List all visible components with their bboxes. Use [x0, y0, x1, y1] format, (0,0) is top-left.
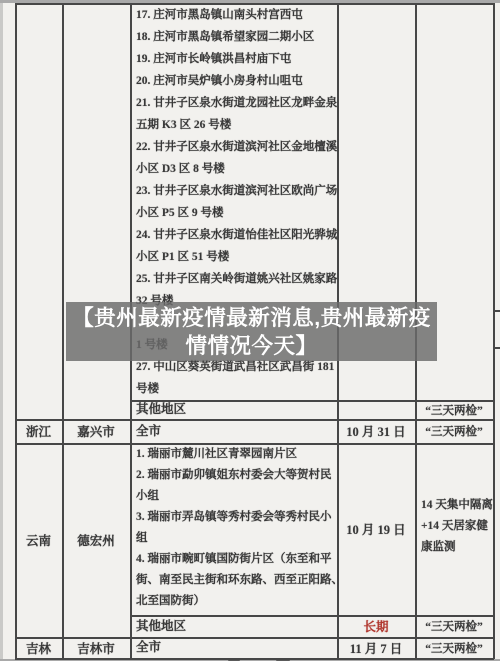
grid-line [15, 658, 494, 660]
province-cell: 云南 [15, 443, 62, 637]
date-cell: 10 月 19 日 [337, 443, 415, 615]
area-list-line: 北至国防街） [136, 591, 332, 612]
area-list-line: 五期 K3 区 26 号楼 [136, 114, 332, 136]
province-cell: 浙江 [15, 419, 62, 443]
measure-line: 14 天集中隔离 [421, 495, 493, 516]
measure-line: 康监测 [421, 537, 493, 558]
date-cell: 11 月 7 日 [337, 637, 415, 658]
area-list-line: 小组 [136, 486, 332, 507]
area-list-line: 号楼 [136, 378, 332, 400]
watermark-banner: 【贵州最新疫情最新消息,贵州最新疫 情情况今天】 [66, 302, 437, 361]
area-list-line: 20. 庄河市吴炉镇小房身村山咀屯 [136, 70, 332, 92]
area-list-line: 小区 D3 区 8 号楼 [136, 158, 332, 180]
area-list-line: 小区 P1 区 51 号楼 [136, 246, 332, 268]
watermark-text-line1: 【贵州最新疫情最新消息,贵州最新疫 [72, 304, 430, 332]
area-list-line: 22. 甘井子区泉水街道滨河社区金地檀溪 [136, 136, 332, 158]
area-list-line: 19. 庄河市长岭镇洪昌村庙下屯 [136, 48, 332, 70]
cutoff-cell-line [493, 347, 500, 349]
area-list-line: 4. 瑞丽市畹町镇国防街片区（东至和平 [136, 549, 332, 570]
measure-cell: “三天两检” [415, 615, 493, 637]
area-list-line: 21. 甘井子区泉水街道龙园社区龙畔金泉 [136, 92, 332, 114]
area-list-line: 23. 甘井子区泉水街道滨河社区欧尚广场 [136, 180, 332, 202]
area-list-line: 17. 庄河市黑岛镇山南头村宫西屯 [136, 4, 332, 26]
other-area-cell: 其他地区 [136, 400, 326, 419]
area-list-line: 25. 甘井子区南关岭街道姚兴社区姚家路 [136, 268, 332, 290]
document-photo: { "watermark": { "line1": "【贵州最新疫情最新消息,贵… [0, 0, 500, 661]
cutoff-cell-line [493, 310, 500, 312]
measure-cell: 14 天集中隔离 +14 天居家健 康监测 [421, 495, 493, 558]
measure-cell: “三天两检” [415, 400, 493, 419]
area-cell: 全市 [136, 419, 326, 443]
area-list-line: 24. 甘井子区泉水街道怡佳社区阳光骅城 [136, 224, 332, 246]
area-list-line: 1. 瑞丽市麓川社区青翠园南片区 [136, 444, 332, 465]
city-cell: 吉林市 [62, 637, 130, 658]
grid-line [493, 3, 495, 659]
watermark-text-line2: 情情况今天】 [185, 332, 317, 360]
area-list-line: 街、南至民主街和环东路、西至正阳路、 [136, 570, 332, 591]
area-list-line: 18. 庄河市黑岛镇希望家园二期小区 [136, 26, 332, 48]
province-cell: 吉林 [15, 637, 62, 658]
area-list-line: 组 [136, 528, 332, 549]
area-list: 1. 瑞丽市麓川社区青翠园南片区 2. 瑞丽市勐卯镇姐东村委会大等贺村民 小组 … [136, 444, 332, 612]
area-cell: 全市 [136, 637, 326, 658]
city-cell: 嘉兴市 [62, 419, 130, 443]
area-list-line: 小区 P5 区 9 号楼 [136, 202, 332, 224]
city-cell: 德宏州 [62, 443, 130, 637]
area-list-line: 2. 瑞丽市勐卯镇姐东村委会大等贺村民 [136, 465, 332, 486]
measure-cell: “三天两检” [415, 419, 493, 443]
measure-cell: “三天两检” [415, 637, 493, 658]
photo-edge-left [0, 0, 3, 661]
measure-line: +14 天居家健 [421, 516, 493, 537]
date-cell-long-term: 长期 [337, 615, 415, 637]
date-cell: 10 月 31 日 [337, 419, 415, 443]
area-list-line: 3. 瑞丽市弄岛镇等秀村委会等秀村民小 [136, 507, 332, 528]
other-area-cell: 其他地区 [136, 615, 326, 637]
